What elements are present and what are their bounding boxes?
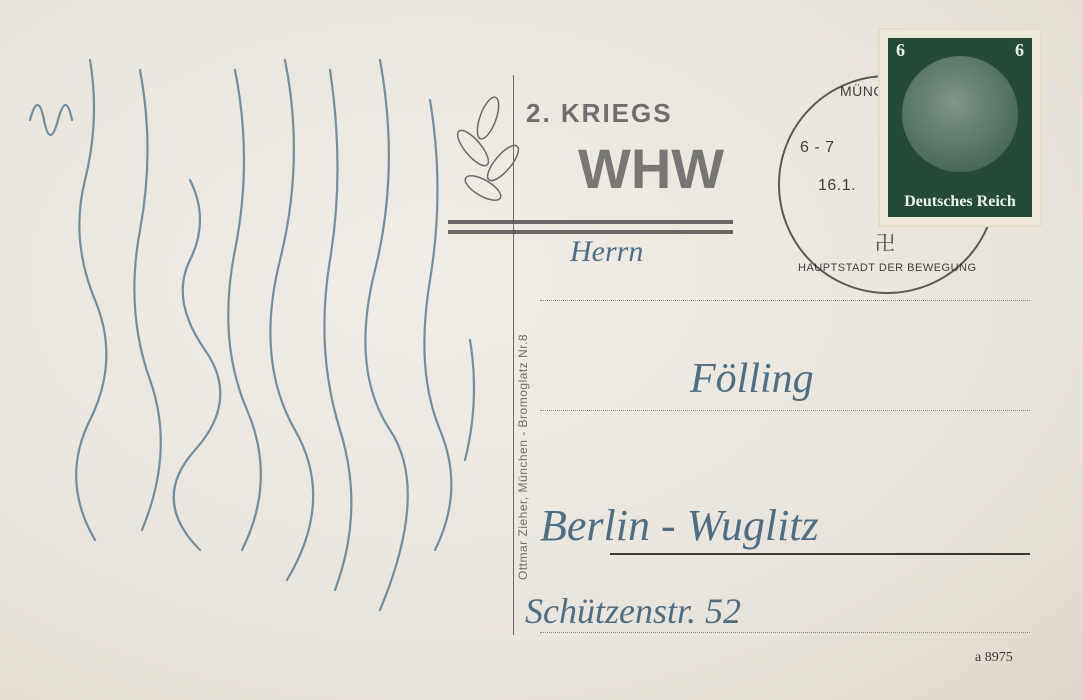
handwriting-strokes: [20, 40, 490, 660]
address-rule: [610, 553, 1030, 555]
portrait-medallion: [902, 56, 1018, 172]
card-number: a 8975: [975, 650, 1013, 666]
address-line-4: Schützenstr. 52: [525, 590, 741, 632]
handwritten-message: [20, 40, 490, 660]
stamp-value-right: 6: [1015, 40, 1024, 61]
postcard: Ottmar Zieher, München - Bromoglatz Nr.8…: [0, 0, 1083, 700]
postmark-slogan: HAUPTSTADT DER BEWEGUNG: [798, 262, 977, 274]
slogan-line-1: 2. KRIEGS: [526, 98, 673, 129]
slogan-line-2: WHW: [578, 136, 724, 201]
cancel-bar: [448, 220, 733, 224]
publisher-imprint: Ottmar Zieher, München - Bromoglatz Nr.8: [516, 334, 530, 580]
laurel-icon: [448, 88, 528, 238]
address-rule: [540, 632, 1030, 633]
postmark-time: 6 - 7: [800, 139, 835, 157]
address-line-1: Herrn: [570, 235, 643, 269]
slogan-cancel: 2. KRIEGS WHW: [448, 88, 738, 248]
address-line-2: Fölling: [690, 355, 814, 403]
postmark-emblem: 卍: [875, 227, 896, 256]
stamp-country: Deutsches Reich: [888, 193, 1032, 211]
stamp-value-left: 6: [896, 40, 905, 61]
postage-stamp: 6 6 Deutsches Reich: [880, 30, 1040, 225]
stamp-face: 6 6 Deutsches Reich: [888, 38, 1032, 217]
address-line-3: Berlin - Wuglitz: [540, 500, 819, 551]
address-rule: [540, 300, 1030, 301]
cancel-bar: [448, 230, 733, 234]
address-rule: [540, 410, 1030, 411]
postmark-date: 16.1.: [818, 177, 856, 195]
